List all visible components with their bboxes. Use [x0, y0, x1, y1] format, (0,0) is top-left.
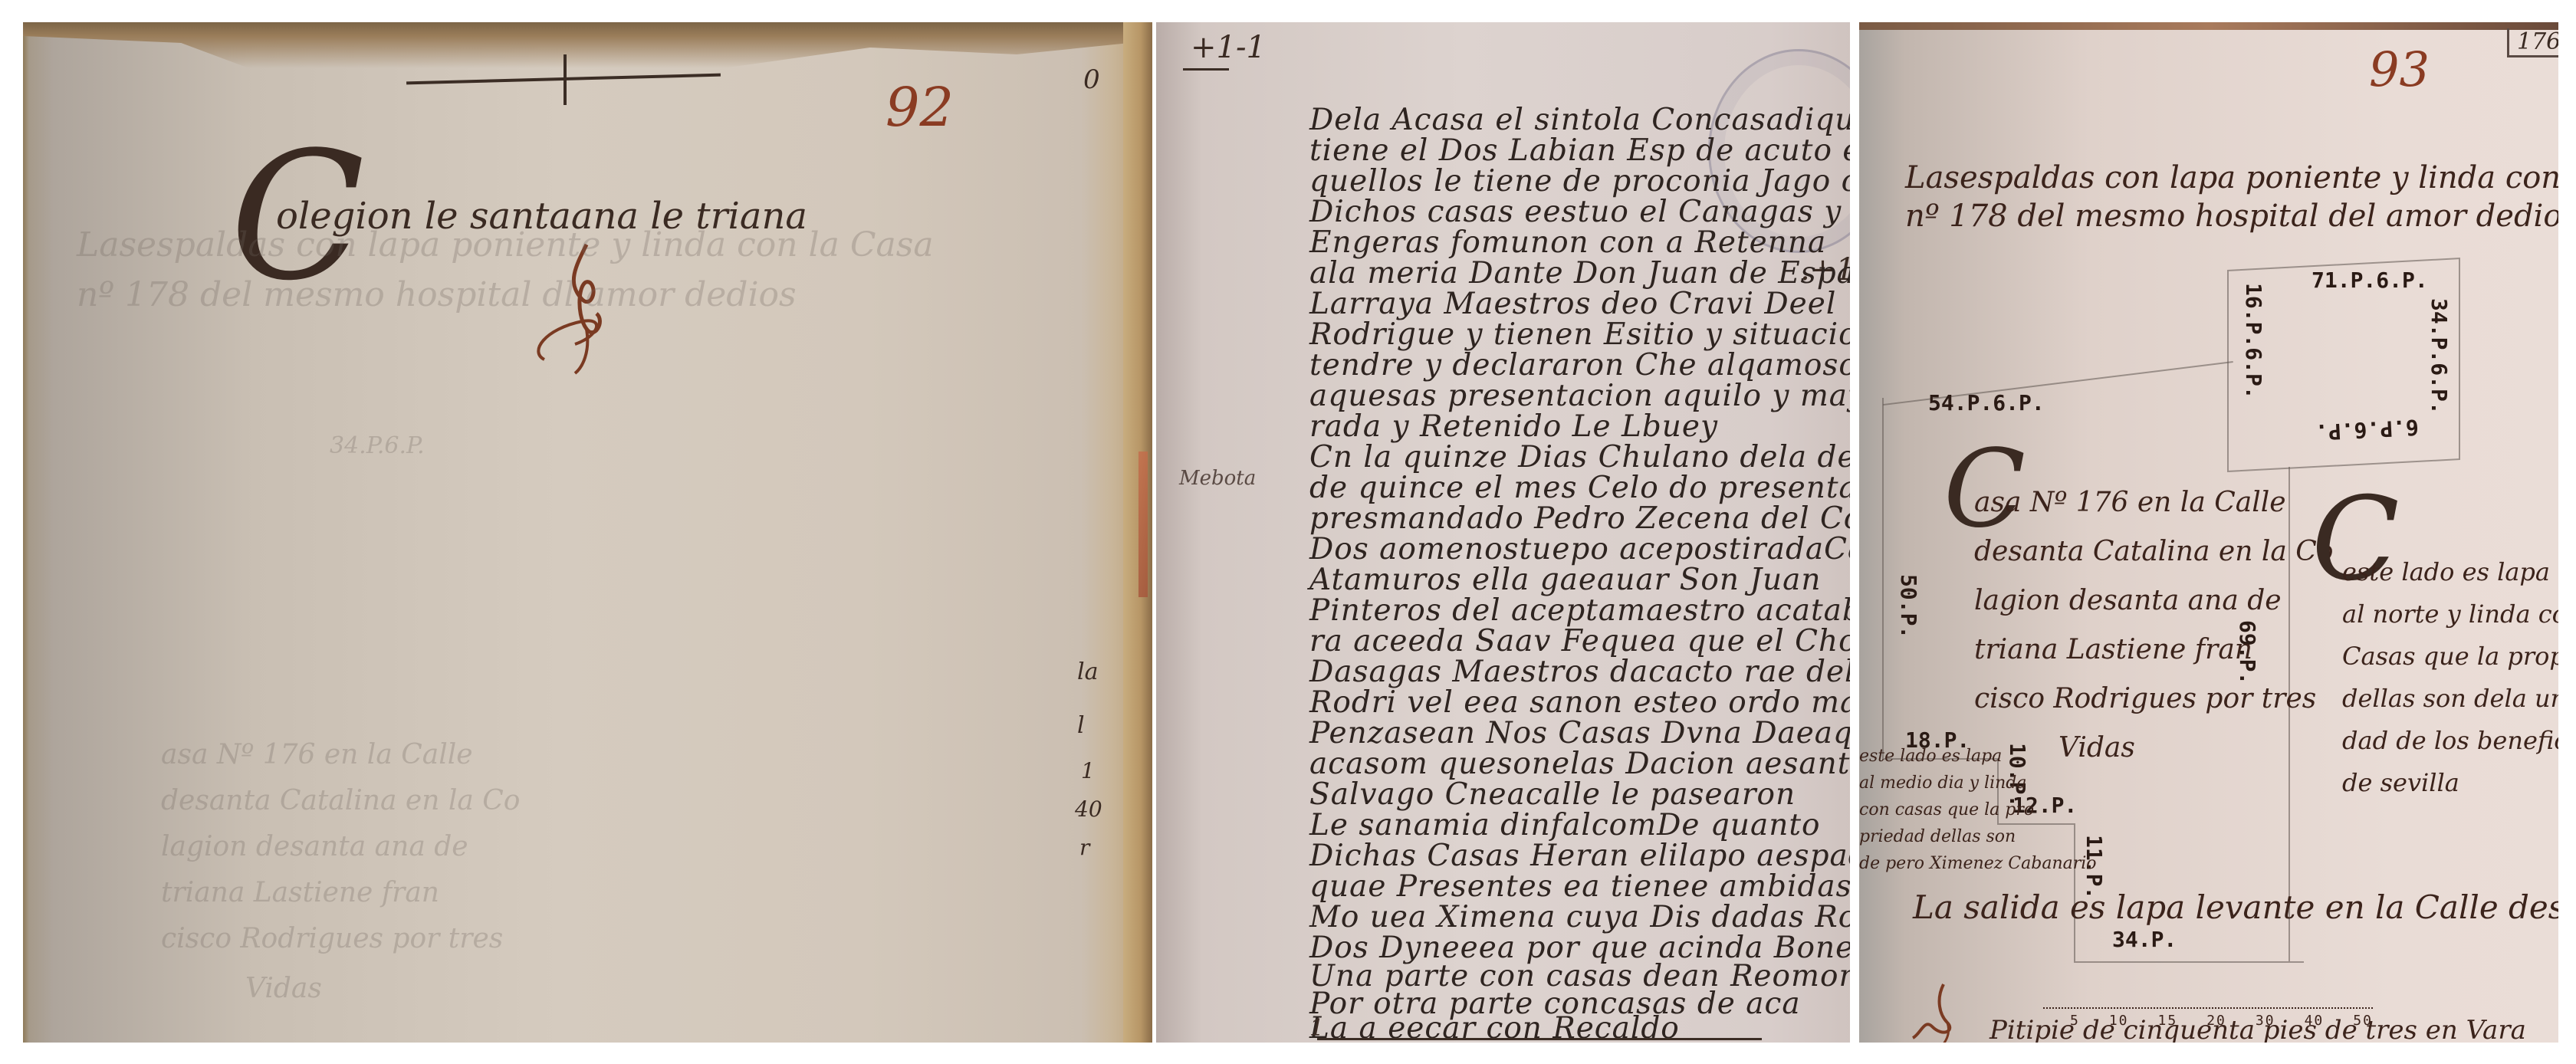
- description-line: desanta Catalina en la Co: [1974, 527, 2333, 576]
- note-line: dellas son dela universi: [2342, 678, 2558, 720]
- folio-number: 92: [886, 76, 954, 139]
- bleed-through-text: asa Nº 176 en la Calle: [161, 739, 473, 770]
- manuscript-line: Dichas Casas Heran elilapo aespadas: [1309, 839, 1850, 873]
- measurement-label: 6.P.6.P.: [2315, 414, 2419, 445]
- manuscript-line: presmandado Pedro Zecena del Co Procurad…: [1309, 501, 1850, 536]
- manuscript-line: Dasagas Maestros dacacto rae delos: [1309, 655, 1850, 689]
- measurement-label: 34.P.6.P.: [2426, 298, 2452, 415]
- page-mark-bottom: 1: [1309, 1015, 1324, 1042]
- manuscript-line: Dichos casas eestuo el Canagas y dee: [1309, 195, 1850, 229]
- middle-page-photo: +1-1 .+1 Mebota Dela Acasa el sintola Co…: [1156, 22, 1850, 1043]
- bleed-through-text: 34.P.6.P.: [330, 432, 425, 459]
- description-line: asa Nº 176 en la Calle: [1974, 478, 2333, 527]
- header-text-line: nº 178 del mesmo hospital del amor dedio…: [1905, 199, 2558, 234]
- margin-mark: 0: [1083, 64, 1100, 95]
- manuscript-line: Dela Acasa el sintola Concasadique: [1309, 103, 1850, 137]
- binding-mark: 40: [1075, 796, 1102, 822]
- measurement-label: 34.P.: [2112, 927, 2177, 952]
- boxed-page-number: 176: [2507, 28, 2558, 57]
- description-line: triana Lastiene fran: [1974, 626, 2333, 675]
- manuscript-line: Penzasean Nos Casas Dvna Daeaq oras: [1309, 716, 1850, 750]
- bleed-through-text: lagion desanta ana de: [161, 831, 468, 862]
- bleed-through-text: desanta Catalina en la Co: [161, 785, 520, 816]
- manuscript-line: Dos aomenostuepo acepostiradaCa Pompe: [1309, 532, 1850, 566]
- header-text-line: Lasespaldas con lapa poniente y linda co…: [1905, 160, 2558, 195]
- manuscript-line: Engeras fomunon con a Retenna: [1309, 225, 1826, 260]
- cross-mark-icon: [563, 54, 567, 105]
- manuscript-line: Rodri vel eea sanon esteo ordo may or: [1309, 685, 1850, 720]
- manuscript-line: Salvago Cneacalle le pasearon: [1309, 777, 1796, 812]
- corner-mark-left: +1-1: [1191, 30, 1266, 65]
- note-line: de sevilla: [2342, 762, 2558, 804]
- description-line: cisco Rodrigues por tres: [1974, 675, 2333, 724]
- manuscript-line: acasom quesonelas Dacion aesant: [1309, 747, 1850, 781]
- measurement-label: 54.P.6.P.: [1928, 390, 2045, 415]
- manuscript-line: Larraya Maestros deo Cravi Deel: [1309, 287, 1836, 321]
- book-spine-edge: [1123, 22, 1152, 1043]
- right-page-photo: 93 176 Lasespaldas con lapa poniente y l…: [1859, 22, 2558, 1043]
- street-front-text: La salida es lapa levante en la Calle de…: [1913, 888, 2558, 926]
- note-line: con casas que la pro: [1859, 796, 2097, 823]
- bleed-through-text: triana Lastiene fran: [161, 877, 439, 908]
- scale-bar: [2043, 1007, 2373, 1009]
- manuscript-line: Atamuros ella gaeauar Son Juan: [1309, 563, 1822, 597]
- note-line: este lado es lapa: [1859, 743, 2097, 770]
- description-line: lagion desanta ana de: [1974, 576, 2333, 626]
- manuscript-line: tendre y declararon Che alqamoso a: [1309, 348, 1850, 383]
- manuscript-line: ra aceeda Saav Fequea que el Chozas: [1309, 624, 1850, 658]
- bleed-through-text: Lasespaldas con lapa poniente y linda co…: [77, 225, 934, 264]
- manuscript-line: rada y Retenido Le Lbuey: [1309, 409, 1718, 444]
- note-line: Casas que la propriedad: [2342, 635, 2558, 678]
- measurement-label: 50.P.: [1896, 574, 1921, 639]
- note-line: al medio dia y linda: [1859, 770, 2097, 796]
- manuscript-line: Le sanamia dinfalcomDe quanto: [1309, 808, 1820, 842]
- bleed-through-text: nº 178 del mesmo hospital dl amor dedios: [77, 275, 797, 314]
- note-line: al norte y linda con: [2342, 593, 2558, 635]
- top-page-edge: [1859, 22, 2558, 30]
- plan-wall-line: [2074, 961, 2304, 963]
- binding-mark: r: [1079, 835, 1089, 860]
- left-page-photo: + 92 0 C olegion le santaana le triana L…: [23, 22, 1152, 1043]
- plan-wall-line: [1882, 398, 1884, 758]
- note-line: dad de los beneficiados: [2342, 720, 2558, 762]
- manuscript-line: quae Presentes ea tienee ambidas: [1309, 869, 1850, 904]
- house-description: asa Nº 176 en la Calle desanta Catalina …: [1974, 478, 2333, 773]
- binding-mark: l: [1077, 712, 1085, 739]
- manuscript-line: Rodrigue y tienen Esitio y situacion: [1309, 317, 1850, 352]
- manuscript-line: de quince el mes Celo do presentaciona: [1309, 471, 1850, 505]
- note-line: este lado es lapa: [2342, 551, 2558, 593]
- scale-caption: Pitipie de cinquenta pies de tres en Var…: [1990, 1015, 2526, 1043]
- corner-rule: [1183, 68, 1229, 71]
- measurement-label: 16.P.6.P.: [2241, 283, 2266, 399]
- note-line: de pero Ximenez Cabanario: [1859, 850, 2097, 877]
- binding-mark: 1: [1081, 758, 1095, 783]
- manuscript-line: aquesas presentacion aquilo y mayo: [1309, 379, 1850, 413]
- closing-rule: [1317, 1038, 1762, 1040]
- red-binding-edge: [1138, 452, 1148, 597]
- manuscript-line: ala meria Dante Don Juan de Esparzo y: [1309, 256, 1850, 291]
- manuscript-line: quellos le tiene de proconia Jago or: [1309, 164, 1850, 199]
- binding-mark: la: [1077, 658, 1098, 685]
- measurement-label: 71.P.6.P.: [2311, 268, 2428, 293]
- note-line: priedad dellas son: [1859, 823, 2097, 850]
- rubric-flourish-icon: [1898, 980, 1982, 1043]
- north-side-note: este lado es lapa al norte y linda con C…: [2342, 551, 2558, 804]
- bleed-through-text: Vidas: [245, 973, 322, 1004]
- folio-number: 93: [2369, 41, 2430, 97]
- margin-note: Mebota: [1179, 467, 1256, 490]
- bleed-through-text: cisco Rodrigues por tres: [161, 923, 503, 954]
- manuscript-line: Pinteros del aceptamaestro acatable: [1309, 593, 1850, 628]
- south-side-note: este lado es lapa al medio dia y linda c…: [1859, 743, 2097, 877]
- manuscript-line: tiene el Dos Labian Esp de acuto en: [1309, 133, 1850, 168]
- manuscript-line: Cn la quinze Dias Chulano dela decima: [1309, 440, 1850, 475]
- torn-page-edge: [23, 22, 1152, 68]
- manuscript-line: Mo uea Ximena cuya Dis dadas Rome: [1309, 900, 1850, 934]
